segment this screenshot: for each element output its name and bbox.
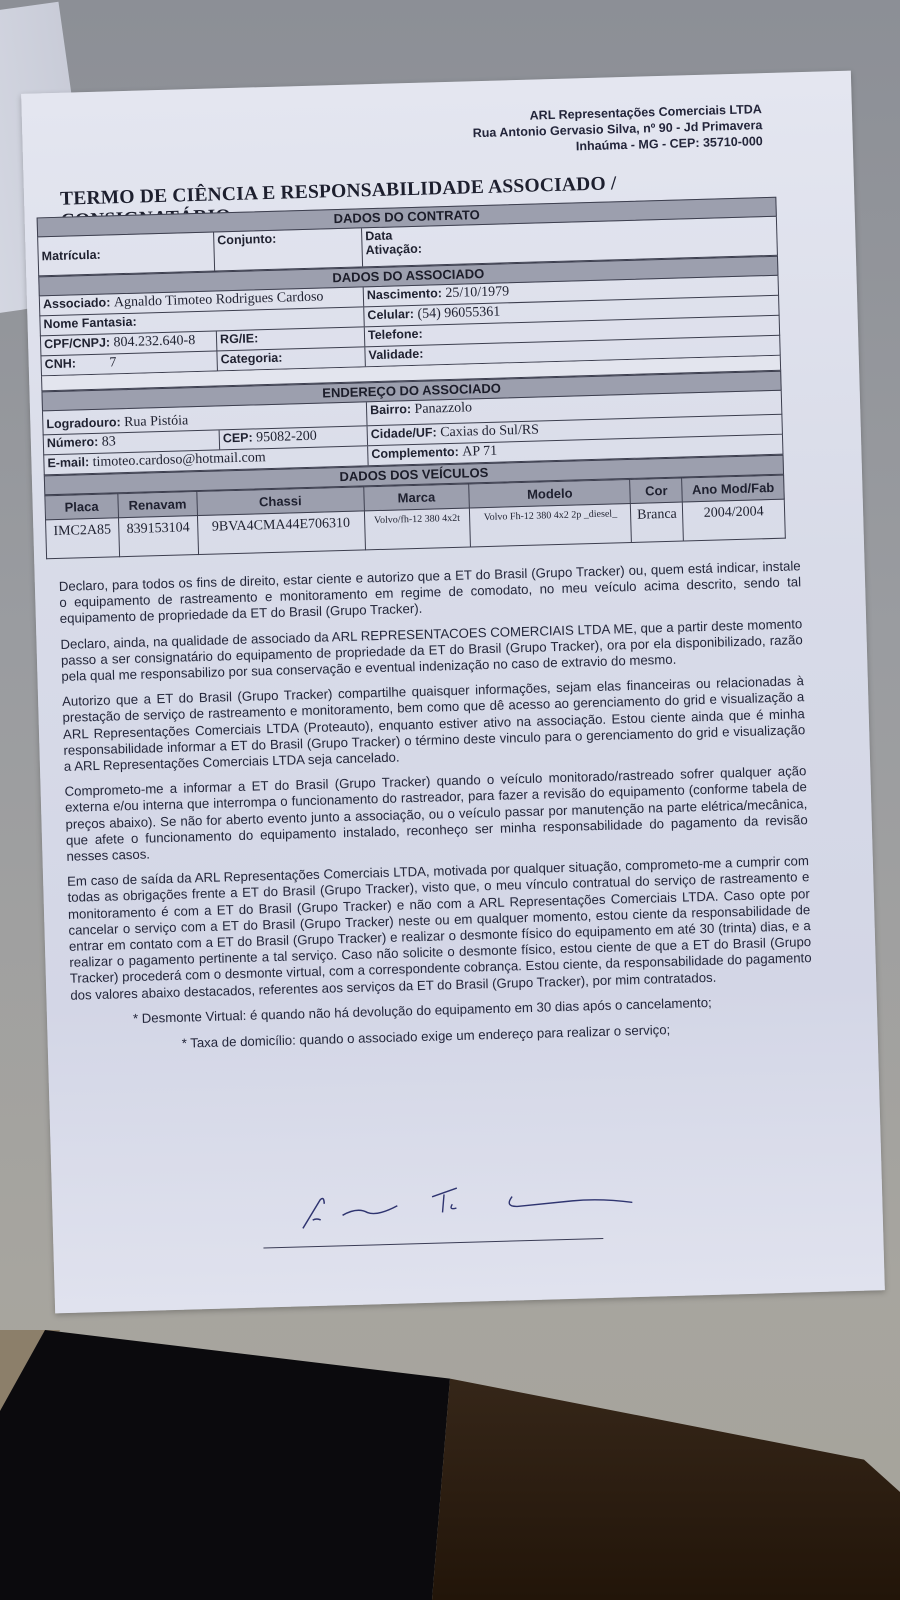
vehicles-cell: Volvo/fh-12 380 4x2t	[364, 508, 471, 550]
signature	[272, 1177, 633, 1237]
matricula-field: Matrícula:	[38, 232, 215, 275]
bullet-item: * Taxa de domicílio: quando o associado …	[181, 1018, 813, 1052]
vehicles-cell: 839153104	[118, 516, 198, 557]
document-page: ARL Representações Comerciais LTDA Rua A…	[21, 71, 885, 1314]
paragraph: Declaro, ainda, na qualidade de associad…	[60, 616, 803, 685]
paragraph: Em caso de saída da ARL Representações C…	[67, 853, 812, 1003]
signature-line	[263, 1238, 603, 1248]
company-header: ARL Representações Comerciais LTDA Rua A…	[472, 101, 763, 157]
paragraph: Autorizo que a ET do Brasil (Grupo Track…	[62, 673, 806, 775]
vehicles-column-header: Marca	[363, 484, 469, 511]
vehicles-cell: 2004/2004	[683, 499, 786, 541]
paragraph: Declaro, para todos os fins de direito, …	[59, 558, 802, 627]
vehicles-column-header: Cor	[630, 478, 683, 503]
vehicles-column-header: Renavam	[118, 492, 198, 518]
conjunto-field: Conjunto:	[214, 228, 363, 270]
vehicles-column-header: Ano Mod/Fab	[682, 475, 784, 502]
vehicles-cell: 9BVA4CMA44E706310	[197, 511, 365, 555]
vehicles-cell: Branca	[631, 502, 684, 542]
vehicles-cell: Volvo Fh-12 380 4x2 2p _diesel_	[470, 503, 632, 546]
vehicles-column-header: Placa	[45, 494, 118, 520]
paragraph: Comprometo-me a informar a ET do Brasil …	[64, 763, 808, 865]
form-tables: DADOS DO CONTRATO Matrícula: Conjunto: D…	[37, 197, 786, 560]
vehicles-cell: IMC2A85	[46, 518, 120, 559]
declaration-text: Declaro, para todos os fins de direito, …	[59, 558, 814, 1065]
